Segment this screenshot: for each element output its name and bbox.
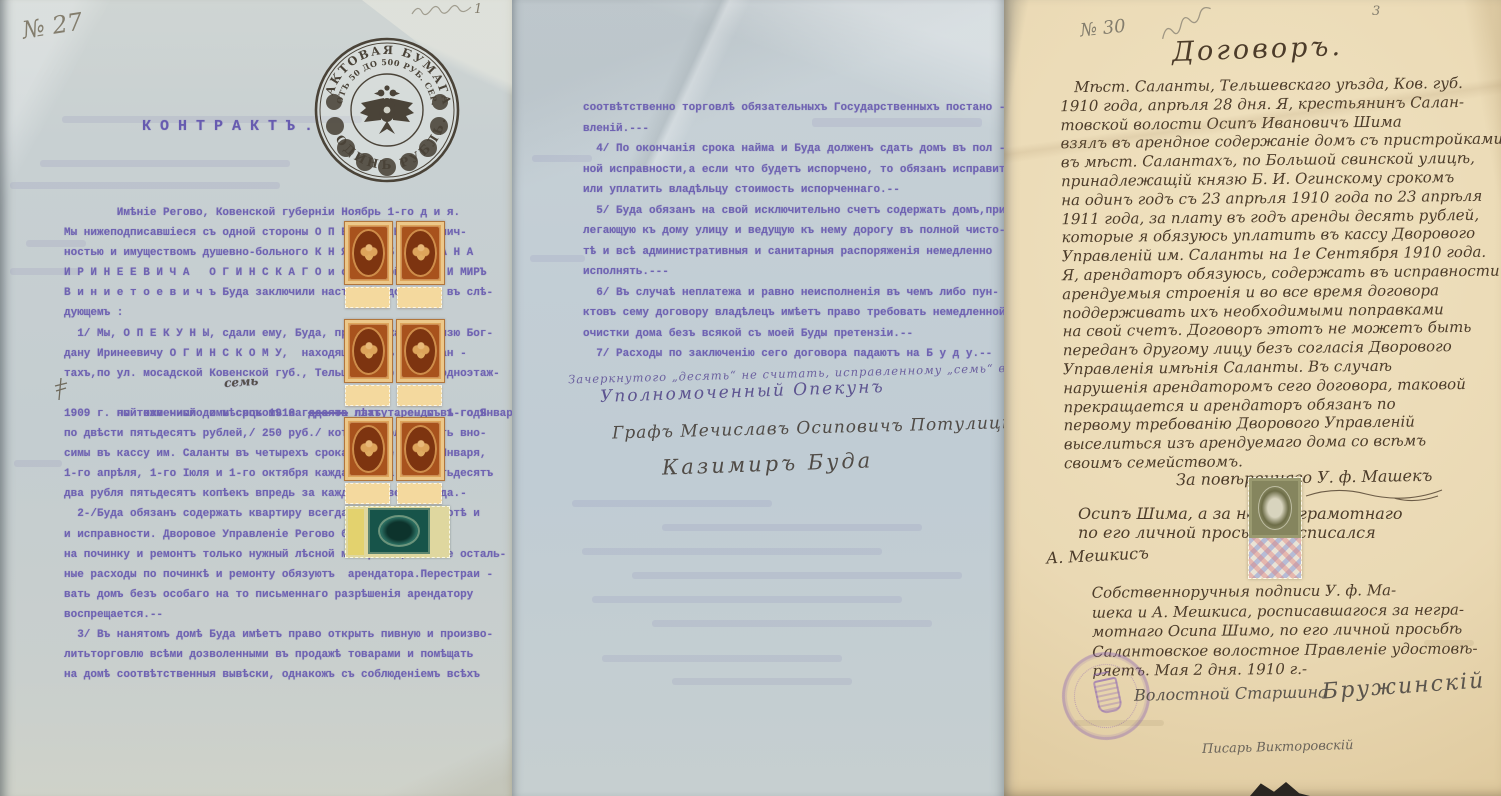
contract-text-line: исполнять.---: [583, 262, 1007, 283]
ghost-text: [662, 524, 922, 531]
contract-text-line: 6/ Въ случаѣ неплатежа и равно неисполне…: [583, 283, 1007, 304]
eagle-icon: [411, 339, 431, 363]
contract-text-line: ной исправности,а если что будетъ испорч…: [583, 160, 1007, 181]
eagle-icon: [359, 241, 379, 265]
revenue-stamp-1r: [396, 417, 443, 503]
dogovor-text-line: взялъ въ арендное содержаніе домъ съ при…: [1061, 130, 1485, 153]
contract-text-line: или уплатить владѣльцу стоимость испорче…: [583, 180, 1007, 201]
dogovor-text-line: товской волости Осипъ Ивановичъ Шима: [1060, 111, 1484, 134]
revenue-stamp-1r: [396, 221, 443, 307]
ghost-text: [1424, 640, 1474, 646]
dogovor-text-line: Мѣст. Саланты, Тельшевскаго уѣзда, Ков. …: [1060, 74, 1484, 97]
dogovor-text-line: въ мѣст. Салантахъ, по Большой свинской …: [1061, 149, 1485, 172]
stamp-checker-pattern: [1249, 538, 1301, 578]
contract-text-line: ктовъ сему договору владѣлецъ имѣетъ пра…: [583, 303, 1007, 324]
revenue-stamp-1r: [396, 319, 443, 405]
eagle-icon: [359, 339, 379, 363]
proxy-signature-mashek: За повѣреннаго У. ф. Машекъ: [1176, 466, 1433, 489]
archival-scan: № 27 1: [0, 0, 1501, 796]
seal-shield-icon: [1093, 676, 1124, 714]
signature-buda: Казимиръ Буда: [662, 448, 874, 479]
contract-text-line: литьторговлю всѣми дозволенными въ прода…: [64, 645, 508, 665]
ghost-text: [532, 155, 592, 162]
ghost-text: [592, 596, 902, 603]
contract-text-line: очистки дома безъ всякой съ моей Буды пр…: [583, 324, 1007, 345]
contract-text-line: тѣ и всѣ административныя и санитарныя р…: [583, 242, 1007, 263]
eagle-icon: [411, 241, 431, 265]
ghost-text: [632, 572, 962, 579]
page-2-contract-continuation: соотвѣтственно торговлѣ обязательныхъ Го…: [512, 0, 1004, 796]
eagle-icon: [359, 437, 379, 461]
ghost-text: [530, 255, 585, 262]
contract-text-line: 5/ Буда обязанъ на свой исключительно сч…: [583, 201, 1007, 222]
starshina-label: Волостной Старшина: [1134, 682, 1328, 704]
dogovor-body: Мѣст. Саланты, Тельшевскаго уѣзда, Ков. …: [1060, 74, 1488, 473]
contract-body-continuation: соотвѣтственно торговлѣ обязательныхъ Го…: [583, 98, 1007, 365]
contract-text-line: легающую къ дому улицу и ведущую къ нему…: [583, 221, 1007, 242]
ghost-text: [652, 620, 932, 627]
archive-number-pencil: № 27: [20, 7, 85, 44]
ghost-text: [582, 548, 882, 555]
handwritten-correction: семь: [223, 371, 259, 393]
revenue-stamp-1r: [344, 417, 391, 503]
contract-text-line: вать домъ безъ особаго на то письменнаго…: [64, 585, 508, 605]
signature-flourish: [1304, 488, 1444, 502]
eagle-icon: [411, 437, 431, 461]
dogovor-text-line: 1910 года, апрѣля 28 дня. Я, крестьянинъ…: [1060, 93, 1484, 116]
margin-pencil-mark: [52, 376, 70, 402]
stamped-paper-seal: АКТОВАЯ БУМАГА ОТЪ 50 ДО 500 РУБ. СЕР. О…: [313, 36, 461, 184]
archive-number-pencil: № 30: [1079, 16, 1127, 42]
ghost-text: [14, 460, 62, 467]
contract-text-line: ные расходы по починкѣ и ремонту обязуют…: [64, 565, 508, 585]
clerk-signature: Писарь Викторовскій: [1202, 738, 1354, 757]
dogovor-title: Договоръ.: [1172, 31, 1344, 68]
ghost-text: [40, 160, 290, 167]
revenue-stamp-green: [345, 506, 450, 558]
volost-attestation: Собственноручныя подписи У. ф. Ма-шека и…: [1092, 580, 1493, 681]
signature-meshkis: А. Мешкисъ: [1046, 543, 1150, 567]
ghost-text: [812, 118, 982, 127]
page-number-pencil: 3: [1372, 4, 1380, 19]
ghost-text: [572, 500, 772, 507]
page-3-dogovor: № 30 3 Договоръ. Мѣст. Саланты, Тельшевс…: [1004, 0, 1501, 796]
ghost-text: [1074, 720, 1164, 726]
ghost-text: [10, 182, 280, 189]
revenue-stamp-olive: [1248, 477, 1302, 579]
eagle-oval-icon: [368, 508, 430, 554]
contract-text-line: воспрещается.--: [64, 605, 508, 625]
signature-potulitsky: Графъ Мечиславъ Осиповичъ Потулицкій: [612, 413, 1032, 444]
contract-text-line: 7/ Расходы по заключенію сего договора п…: [583, 344, 1007, 365]
pencil-note-scribble: [408, 0, 478, 22]
ghost-text: [602, 655, 842, 662]
contract-text-line: 4/ По окончанія срока найма и Буда долже…: [583, 139, 1007, 160]
eagle-oval-icon: [1249, 478, 1301, 538]
revenue-stamp-1r: [344, 319, 391, 405]
contract-text-line: 3/ Въ нанятомъ домѣ Буда имѣетъ право от…: [64, 625, 508, 645]
page-1-contract: № 27 1: [0, 0, 512, 796]
paper-tear: [1250, 782, 1310, 796]
revenue-stamp-1r: [344, 221, 391, 307]
contract-text-line: соотвѣтственно торговлѣ обязательныхъ Го…: [583, 98, 1007, 119]
ghost-text: [672, 678, 852, 685]
contract-title: КОНТРАКТЪ.: [142, 118, 322, 135]
contract-text-line: на домѣ соотвѣтственныя вывѣски, однакож…: [64, 665, 508, 685]
